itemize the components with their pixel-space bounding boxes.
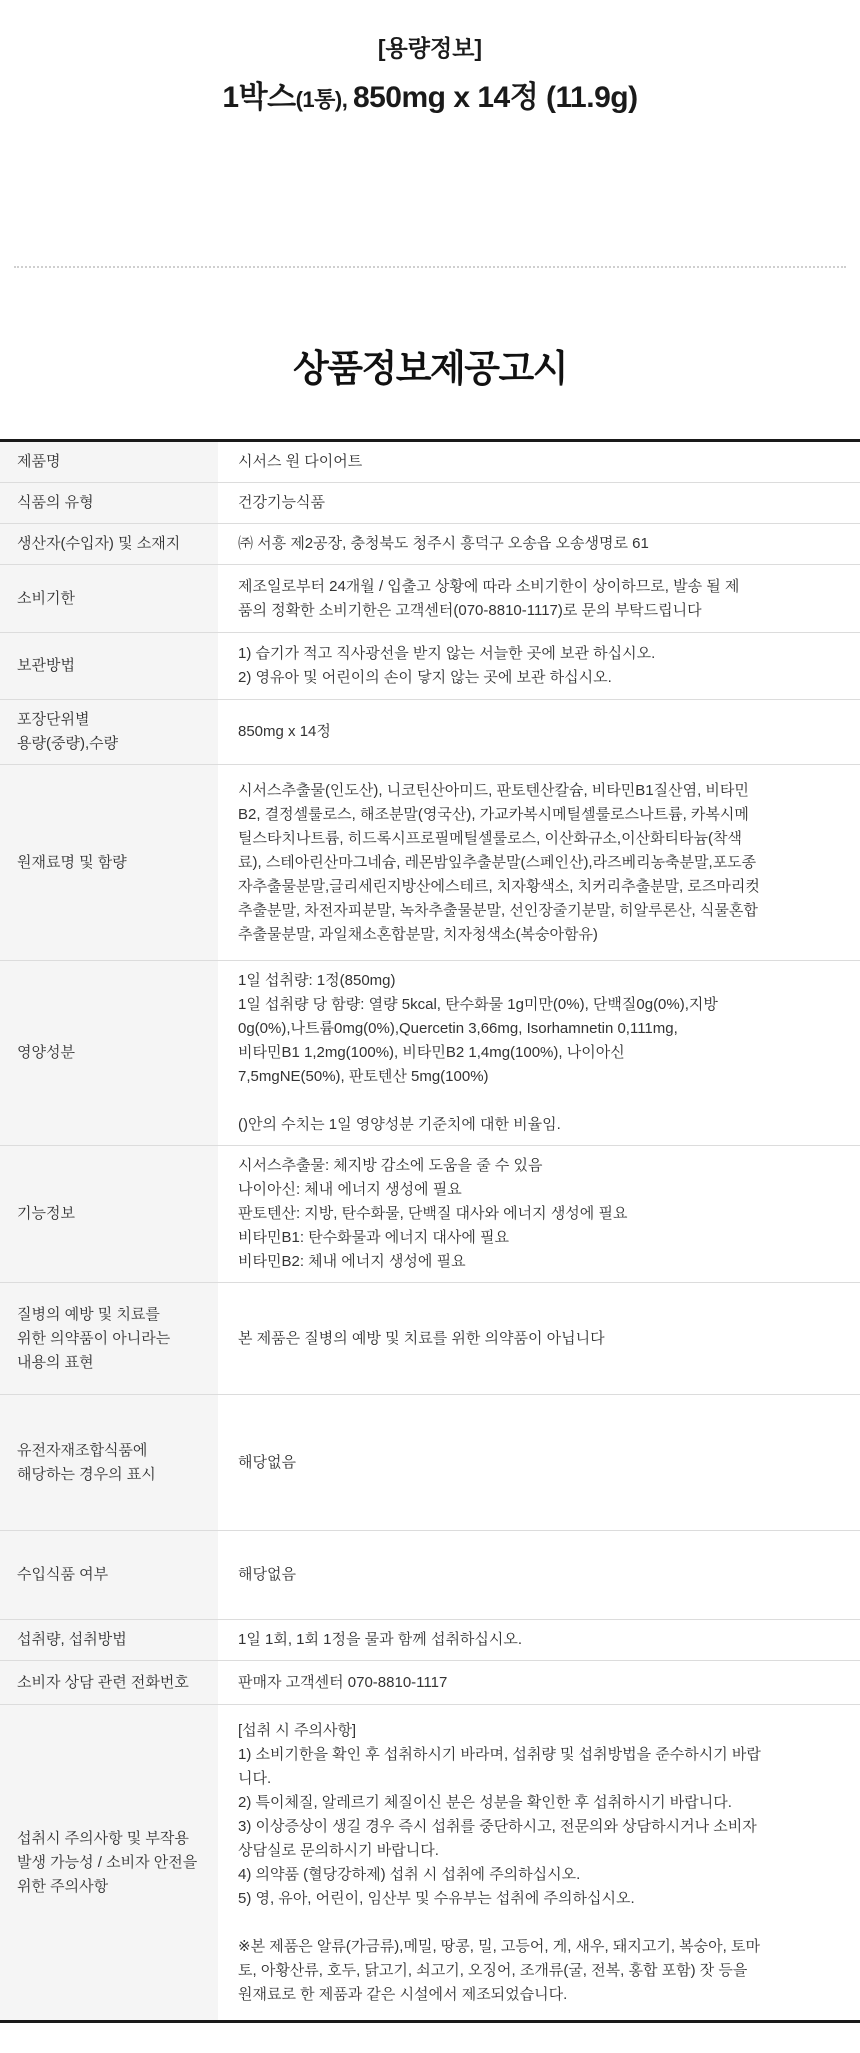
table-row-precautions: 섭취시 주의사항 및 부작용 발생 가능성 / 소비자 안전을 위한 주의사항 … xyxy=(0,1704,860,2020)
row-value: 시서스 원 다이어트 xyxy=(218,442,860,482)
row-value: 시서스추출물: 체지방 감소에 도움을 줄 수 있음 나이아신: 체내 에너지 … xyxy=(218,1146,860,1282)
dosage-info-title: [용량정보] xyxy=(0,30,860,63)
table-row-ingredients: 원재료명 및 함량 시서스추출물(인도산), 니코틴산아미드, 판토텐산칼슘, … xyxy=(0,764,860,960)
row-value: 1) 습기가 적고 직사광선을 받지 않는 서늘한 곳에 보관 하십시오. 2)… xyxy=(218,633,860,699)
table-row-storage: 보관방법 1) 습기가 적고 직사광선을 받지 않는 서늘한 곳에 보관 하십시… xyxy=(0,632,860,699)
table-row-imported: 수입식품 여부 해당없음 xyxy=(0,1530,860,1619)
row-label: 질병의 예방 및 치료를 위한 의약품이 아니라는 내용의 표현 xyxy=(0,1283,218,1394)
row-value: 해당없음 xyxy=(218,1531,860,1619)
dotted-divider xyxy=(14,266,846,268)
row-value: 1일 1회, 1회 1정을 물과 함께 섭취하십시오. xyxy=(218,1620,860,1660)
dosage-info-header: [용량정보] 1박스(1통), 850mg x 14정 (11.9g) xyxy=(0,0,860,116)
table-row-product-name: 제품명 시서스 원 다이어트 xyxy=(0,442,860,482)
table-row-food-type: 식품의 유형 건강기능식품 xyxy=(0,482,860,523)
row-label: 포장단위별 용량(중량),수량 xyxy=(0,700,218,764)
product-info-table: 제품명 시서스 원 다이어트 식품의 유형 건강기능식품 생산자(수입자) 및 … xyxy=(0,439,860,2023)
row-value: [섭취 시 주의사항] 1) 소비기한을 확인 후 섭취하시기 바라며, 섭취량… xyxy=(218,1705,860,2020)
row-value: 1일 섭취량: 1정(850mg) 1일 섭취량 당 함량: 열량 5kcal,… xyxy=(218,961,860,1145)
row-label: 생산자(수입자) 및 소재지 xyxy=(0,524,218,564)
dosage-unit-count: (1통), xyxy=(296,87,353,112)
table-row-expiry: 소비기한 제조일로부터 24개월 / 입출고 상황에 따라 소비기한이 상이하므… xyxy=(0,564,860,632)
table-row-function-info: 기능정보 시서스추출물: 체지방 감소에 도움을 줄 수 있음 나이아신: 체내… xyxy=(0,1145,860,1282)
row-value: 건강기능식품 xyxy=(218,483,860,523)
table-row-package-unit: 포장단위별 용량(중량),수량 850mg x 14정 xyxy=(0,699,860,764)
row-label: 기능정보 xyxy=(0,1146,218,1282)
table-row-gmo: 유전자재조합식품에 해당하는 경우의 표시 해당없음 xyxy=(0,1394,860,1530)
row-label: 유전자재조합식품에 해당하는 경우의 표시 xyxy=(0,1395,218,1530)
row-label: 섭취시 주의사항 및 부작용 발생 가능성 / 소비자 안전을 위한 주의사항 xyxy=(0,1705,218,2020)
row-label: 영양성분 xyxy=(0,961,218,1145)
row-label: 원재료명 및 함량 xyxy=(0,765,218,960)
row-value: 본 제품은 질병의 예방 및 치료를 위한 의약품이 아닙니다 xyxy=(218,1283,860,1394)
row-value: 판매자 고객센터 070-8810-1117 xyxy=(218,1661,860,1704)
row-value: 해당없음 xyxy=(218,1395,860,1530)
row-label: 섭취량, 섭취방법 xyxy=(0,1620,218,1660)
row-label: 제품명 xyxy=(0,442,218,482)
row-label: 소비자 상담 관련 전화번호 xyxy=(0,1661,218,1704)
row-value: 제조일로부터 24개월 / 입출고 상황에 따라 소비기한이 상이하므로, 발송… xyxy=(218,565,860,632)
table-row-manufacturer: 생산자(수입자) 및 소재지 ㈜ 서흥 제2공장, 충청북도 청주시 흥덕구 오… xyxy=(0,523,860,564)
row-value: ㈜ 서흥 제2공장, 충청북도 청주시 흥덕구 오송읍 오송생명로 61 xyxy=(218,524,860,564)
table-row-not-medicine: 질병의 예방 및 치료를 위한 의약품이 아니라는 내용의 표현 본 제품은 질… xyxy=(0,1282,860,1394)
row-label: 보관방법 xyxy=(0,633,218,699)
row-label: 식품의 유형 xyxy=(0,483,218,523)
section-title: 상품정보제공고시 xyxy=(0,338,860,392)
table-row-customer-phone: 소비자 상담 관련 전화번호 판매자 고객센터 070-8810-1117 xyxy=(0,1660,860,1704)
dosage-box-count: 1박스 xyxy=(222,81,295,114)
product-info-page: [용량정보] 1박스(1통), 850mg x 14정 (11.9g) 상품정보… xyxy=(0,0,860,2053)
dosage-spec: 850mg x 14정 (11.9g) xyxy=(353,81,638,114)
row-label: 소비기한 xyxy=(0,565,218,632)
table-row-nutrition: 영양성분 1일 섭취량: 1정(850mg) 1일 섭취량 당 함량: 열량 5… xyxy=(0,960,860,1145)
row-label: 수입식품 여부 xyxy=(0,1531,218,1619)
row-value: 시서스추출물(인도산), 니코틴산아미드, 판토텐산칼슘, 비타민B1질산염, … xyxy=(218,765,860,960)
row-value: 850mg x 14정 xyxy=(218,700,860,764)
dosage-info-amount: 1박스(1통), 850mg x 14정 (11.9g) xyxy=(0,72,860,116)
table-row-intake-method: 섭취량, 섭취방법 1일 1회, 1회 1정을 물과 함께 섭취하십시오. xyxy=(0,1619,860,1660)
